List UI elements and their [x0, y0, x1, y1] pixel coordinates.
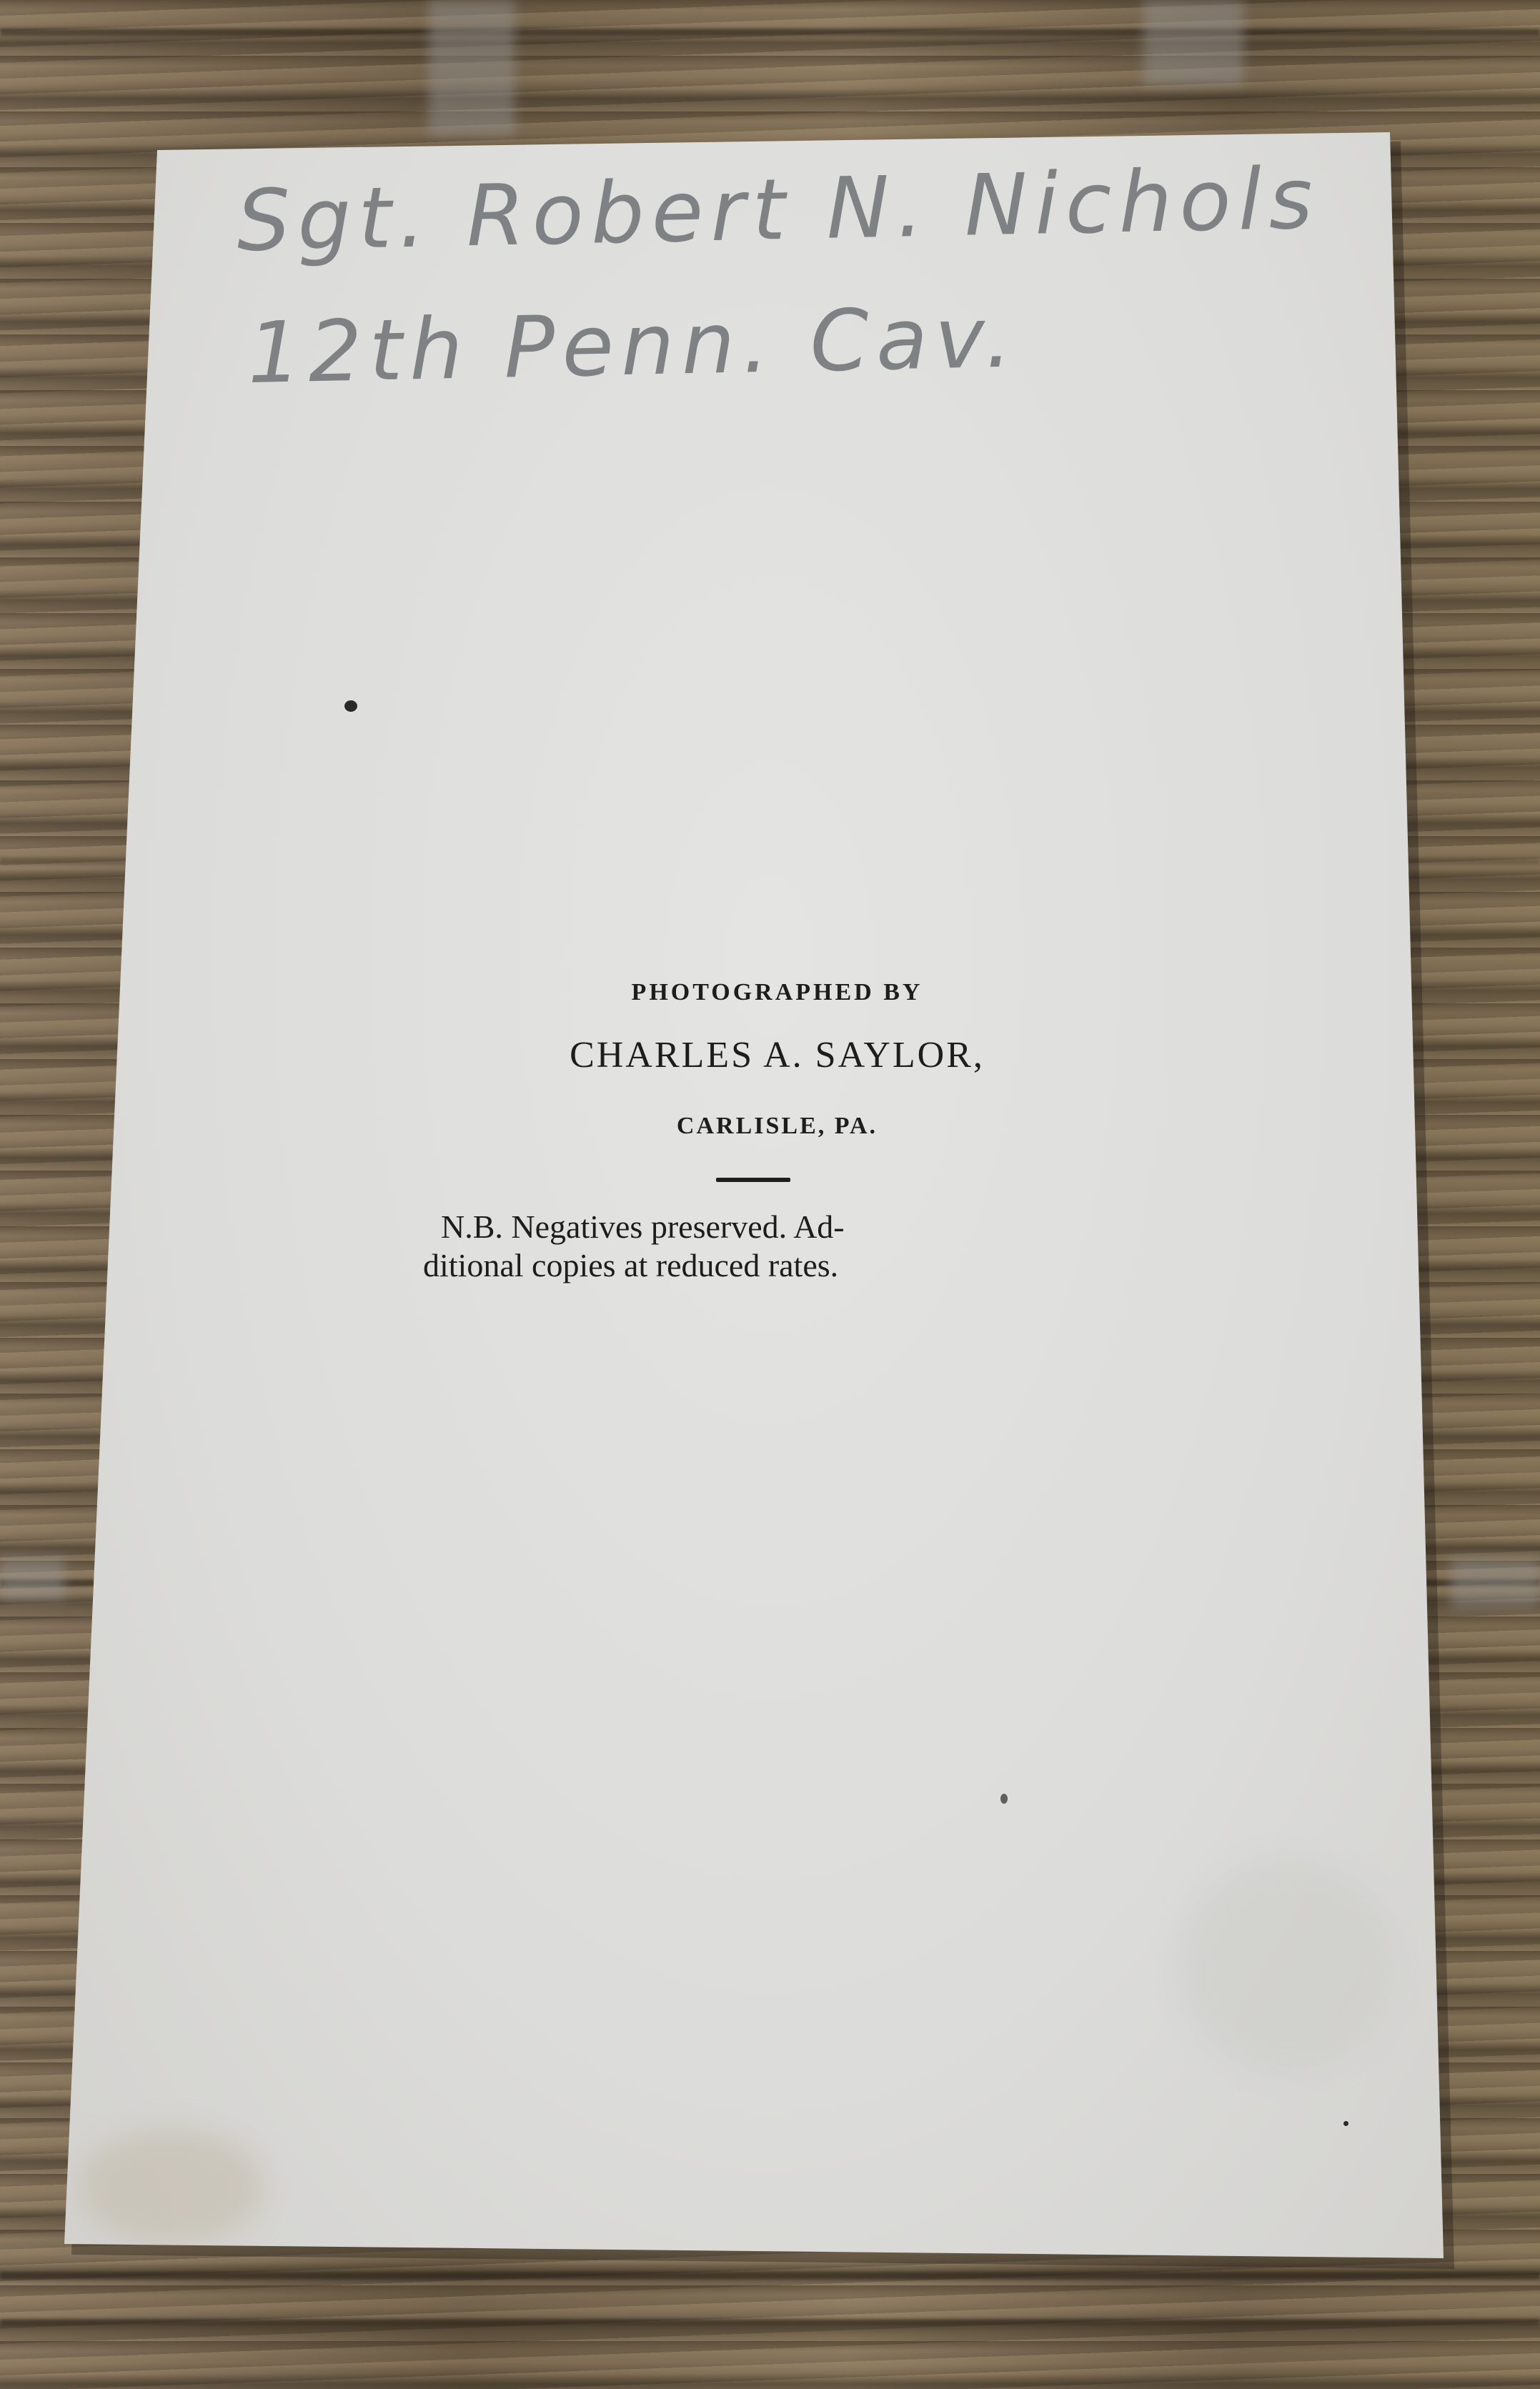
- note-line-1: N.B. Negatives preserved. Ad-: [423, 1208, 1066, 1246]
- ink-speck: [1343, 2121, 1348, 2126]
- ink-speck: [344, 700, 357, 712]
- ink-speck: [1000, 1794, 1008, 1804]
- imprint-header: PHOTOGRAPHED BY: [0, 979, 1540, 1006]
- divider-rule: [716, 1178, 790, 1182]
- weathered-streak: [1451, 1558, 1540, 1608]
- plank-seam: [0, 29, 1540, 36]
- weathered-streak: [429, 0, 515, 136]
- plank-seam: [0, 2319, 1540, 2326]
- imprint-location: CARLISLE, PA.: [0, 1113, 1540, 1140]
- card-stain: [79, 2130, 264, 2244]
- handwritten-regiment: 12th Penn. Cav.: [247, 287, 1020, 402]
- weathered-streak: [0, 1558, 64, 1601]
- plank-seam: [0, 2273, 1540, 2280]
- photographer-name: CHARLES A. SAYLOR,: [0, 1034, 1540, 1076]
- note-line-2: ditional copies at reduced rates.: [423, 1246, 1066, 1285]
- weathered-streak: [1143, 0, 1243, 86]
- imprint-note: N.B. Negatives preserved. Ad- ditional c…: [423, 1208, 1066, 1285]
- card-stain: [1179, 1858, 1394, 2072]
